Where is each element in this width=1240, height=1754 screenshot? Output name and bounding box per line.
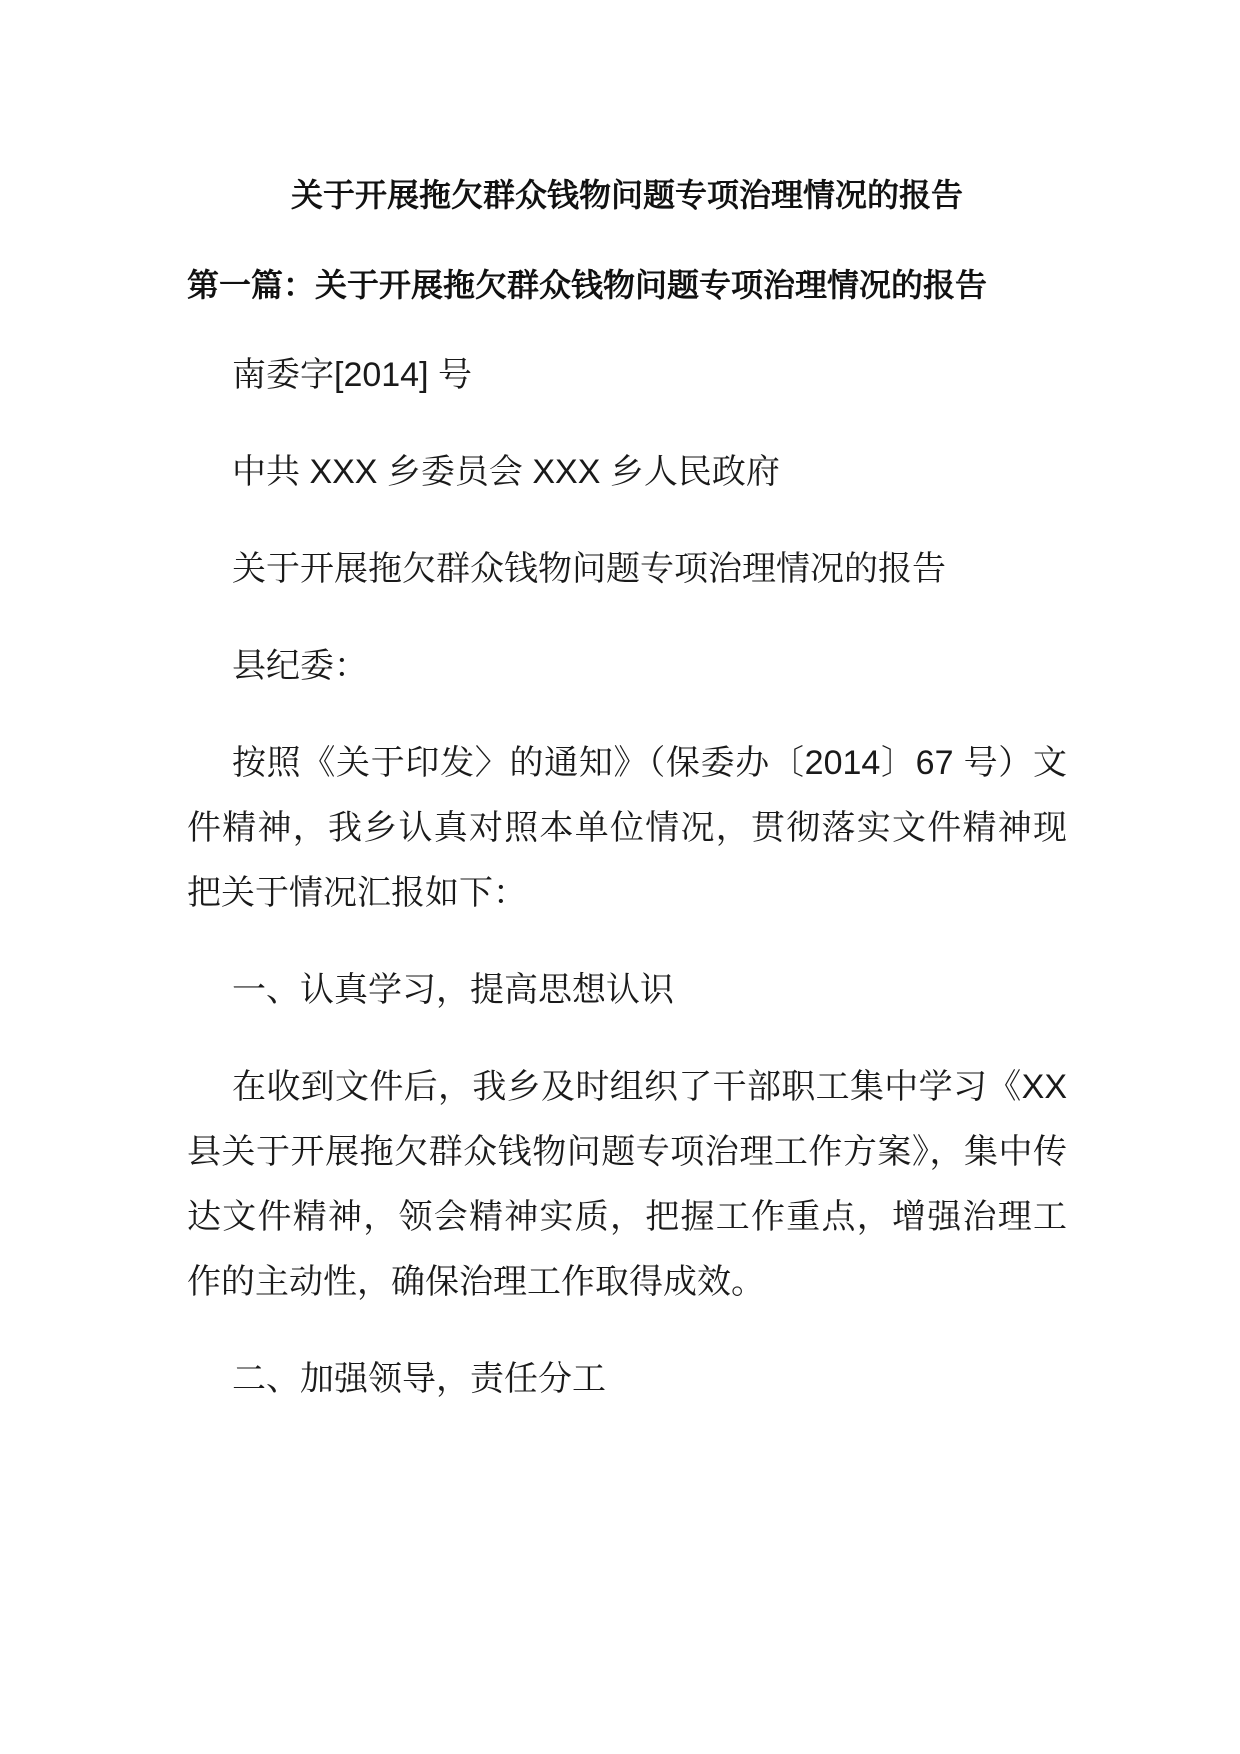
section-one-heading: 一、认真学习，提高思想认识 — [187, 958, 1067, 1023]
intro-paragraph: 按照《关于印发〉的通知》（保委办〔2014〕67 号）文件精神，我乡认真对照本单… — [187, 731, 1067, 926]
document-content: 关于开展拖欠群众钱物问题专项治理情况的报告 第一篇：关于开展拖欠群众钱物问题专项… — [187, 172, 1067, 1412]
reference-number: 南委字[2014] 号 — [187, 343, 1067, 408]
part-one-heading: 第一篇：关于开展拖欠群众钱物问题专项治理情况的报告 — [187, 262, 1067, 308]
section-one-paragraph: 在收到文件后，我乡及时组织了干部职工集中学习《XX 县关于开展拖欠群众钱物问题专… — [187, 1055, 1067, 1315]
issuing-authority: 中共 XXX 乡委员会 XXX 乡人民政府 — [187, 440, 1067, 505]
document-page: 关于开展拖欠群众钱物问题专项治理情况的报告 第一篇：关于开展拖欠群众钱物问题专项… — [0, 0, 1240, 1754]
report-title-line: 关于开展拖欠群众钱物问题专项治理情况的报告 — [187, 537, 1067, 602]
salutation: 县纪委： — [187, 634, 1067, 699]
main-title: 关于开展拖欠群众钱物问题专项治理情况的报告 — [187, 172, 1067, 218]
section-two-heading: 二、加强领导，责任分工 — [187, 1347, 1067, 1412]
